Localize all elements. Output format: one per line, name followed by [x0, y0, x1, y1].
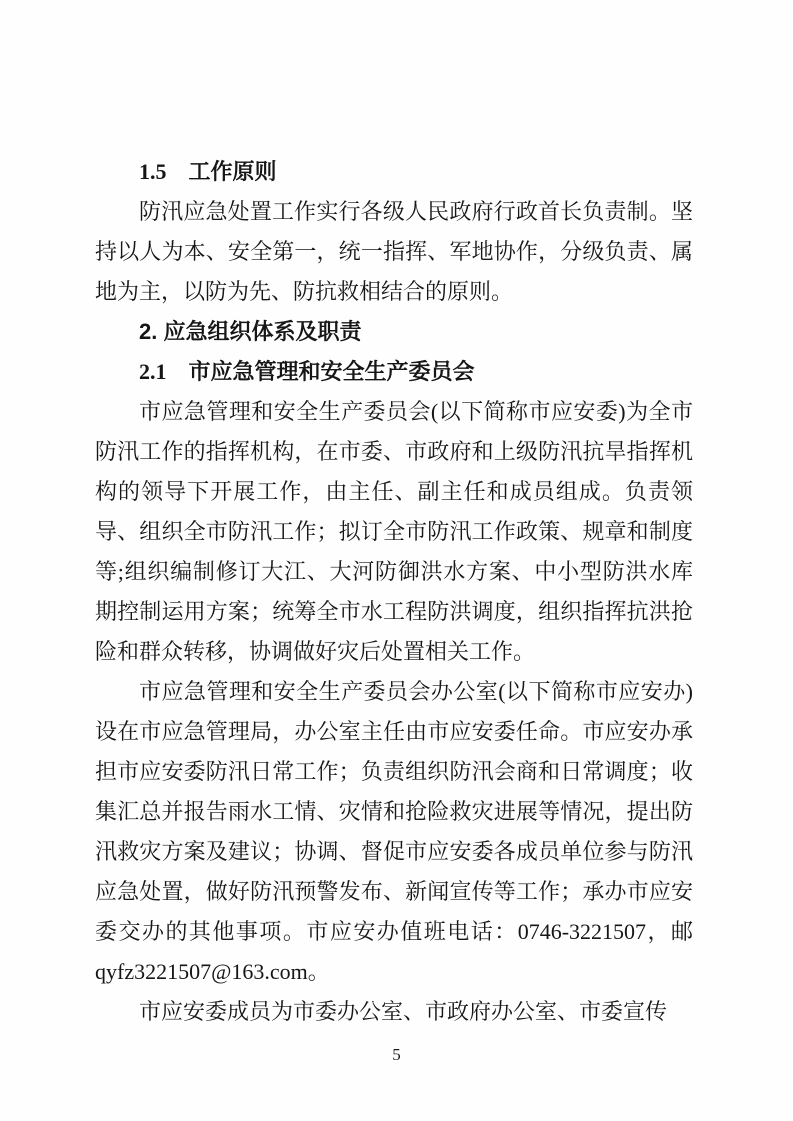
text-line: 市应急管理和安全生产委员会(以下简称市应安委)为全市	[95, 392, 693, 432]
page-number: 5	[0, 1044, 793, 1066]
text-line: 市应安委成员为市委办公室、市政府办公室、市委宣传	[95, 992, 693, 1032]
text-line: qyfz3221507@163.com。	[95, 952, 693, 992]
text-line: 导、组织全市防汛工作；拟订全市防汛工作政策、规章和制度	[95, 512, 693, 552]
paragraph-committee-duties: 市应急管理和安全生产委员会(以下简称市应安委)为全市防汛工作的指挥机构，在市委、…	[95, 392, 693, 672]
document-content: 1.5 工作原则 防汛应急处置工作实行各级人民政府行政首长负责制。坚持以人为本、…	[95, 152, 693, 1032]
text-line: 险和群众转移，协调做好灾后处置相关工作。	[95, 632, 693, 672]
paragraph-work-principles: 防汛应急处置工作实行各级人民政府行政首长负责制。坚持以人为本、安全第一，统一指挥…	[95, 192, 693, 312]
paragraph-committee-members: 市应安委成员为市委办公室、市政府办公室、市委宣传	[95, 992, 693, 1032]
text-line: 持以人为本、安全第一，统一指挥、军地协作，分级负责、属	[95, 232, 693, 272]
text-line: 构的领导下开展工作，由主任、副主任和成员组成。负责领	[95, 472, 693, 512]
text-line: 期控制运用方案；统筹全市水工程防洪调度，组织指挥抗洪抢	[95, 592, 693, 632]
heading-2-1-safety-committee: 2.1 市应急管理和安全生产委员会	[95, 352, 693, 392]
text-line: 集汇总并报告雨水工情、灾情和抢险救灾进展等情况，提出防	[95, 792, 693, 832]
heading-2-emergency-organization: 2. 应急组织体系及职责	[95, 312, 693, 352]
text-line: 防汛工作的指挥机构，在市委、市政府和上级防汛抗旱指挥机	[95, 432, 693, 472]
text-line: 汛救灾方案及建议；协调、督促市应安委各成员单位参与防汛	[95, 832, 693, 872]
paragraph-committee-office: 市应急管理和安全生产委员会办公室(以下简称市应安办)设在市应急管理局，办公室主任…	[95, 672, 693, 992]
text-line: 市应急管理和安全生产委员会办公室(以下简称市应安办)	[95, 672, 693, 712]
text-line: 防汛应急处置工作实行各级人民政府行政首长负责制。坚	[95, 192, 693, 232]
heading-1-5-work-principles: 1.5 工作原则	[95, 152, 693, 192]
text-line: 地为主，以防为先、防抗救相结合的原则。	[95, 272, 693, 312]
document-page: 1.5 工作原则 防汛应急处置工作实行各级人民政府行政首长负责制。坚持以人为本、…	[0, 0, 793, 1121]
text-line: 设在市应急管理局，办公室主任由市应安委任命。市应安办承	[95, 712, 693, 752]
text-line: 应急处置，做好防汛预警发布、新闻宣传等工作；承办市应安	[95, 872, 693, 912]
text-line: 担市应安委防汛日常工作；负责组织防汛会商和日常调度；收	[95, 752, 693, 792]
text-line: 委交办的其他事项。市应安办值班电话：0746-3221507，邮箱：	[95, 912, 693, 952]
text-line: 等;组织编制修订大江、大河防御洪水方案、中小型防洪水库汛	[95, 552, 693, 592]
